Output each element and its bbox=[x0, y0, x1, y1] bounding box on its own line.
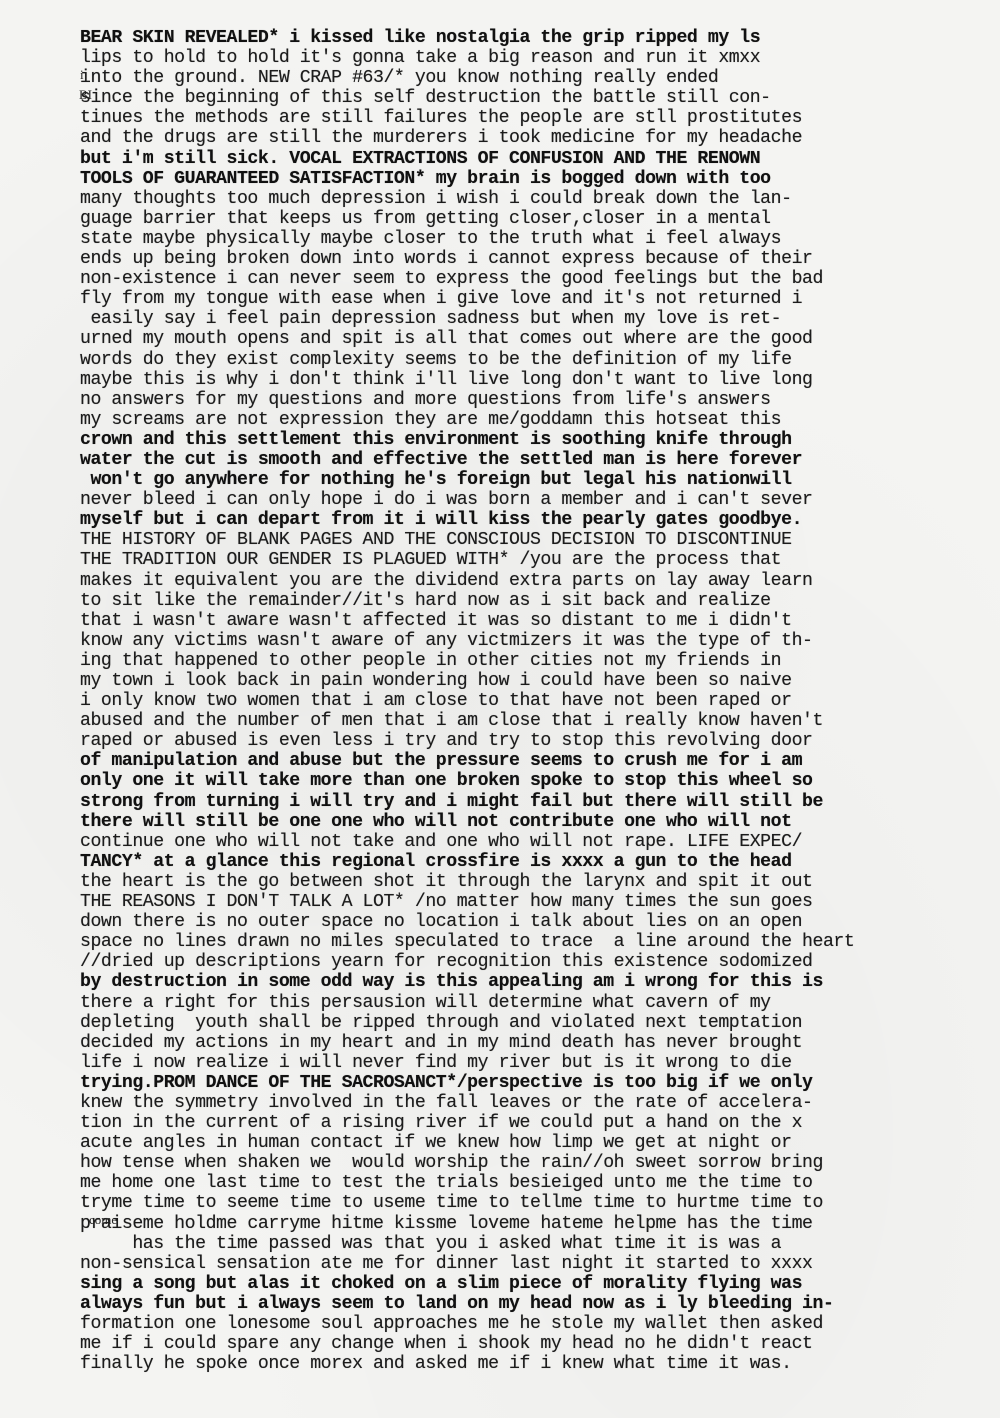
text-line: and the drugs are still the murderers i … bbox=[80, 128, 980, 148]
text-line: urned my mouth opens and spit is all tha… bbox=[80, 329, 980, 349]
text-line: praiseme holdme carryme hitme kissme lov… bbox=[80, 1214, 980, 1234]
text-line: tinues the methods are still failures th… bbox=[80, 108, 980, 128]
text-line: non-sensical sensation ate me for dinner… bbox=[80, 1254, 980, 1274]
text-line: makes it equivalent you are the dividend… bbox=[80, 571, 980, 591]
text-line: but i'm still sick. VOCAL EXTRACTIONS OF… bbox=[80, 149, 980, 169]
margin-overstrike-come: come bbox=[89, 1213, 117, 1226]
text-line: THE TRADITION OUR GENDER IS PLAGUED WITH… bbox=[80, 550, 980, 570]
text-line: trying.PROM DANCE OF THE SACROSANCT*/per… bbox=[80, 1073, 980, 1093]
text-line: THE REASONS I DON'T TALK A LOT* /no matt… bbox=[80, 892, 980, 912]
text-line: THE HISTORY OF BLANK PAGES AND THE CONSC… bbox=[80, 530, 980, 550]
text-line: i only know two women that i am close to… bbox=[80, 691, 980, 711]
text-line: non-existence i can never seem to expres… bbox=[80, 269, 980, 289]
text-line: TANCY* at a glance this regional crossfi… bbox=[80, 852, 980, 872]
text-line: guage barrier that keeps us from getting… bbox=[80, 209, 980, 229]
text-line: lips to hold to hold it's gonna take a b… bbox=[80, 48, 980, 68]
typewritten-page: BEAR SKIN REVEALED* i kissed like nostal… bbox=[0, 0, 1000, 1418]
text-line: many thoughts too much depression i wish… bbox=[80, 189, 980, 209]
text-line: only one it will take more than one brok… bbox=[80, 771, 980, 791]
text-line: the heart is the go between shot it thro… bbox=[80, 872, 980, 892]
text-line: abused and the number of men that i am c… bbox=[80, 711, 980, 731]
text-line: decided my actions in my heart and in my… bbox=[80, 1033, 980, 1053]
text-line: since the beginning of this self destruc… bbox=[80, 88, 980, 108]
text-line: tryme time to seeme time to useme time t… bbox=[80, 1193, 980, 1213]
text-line: easily say i feel pain depression sadnes… bbox=[80, 309, 980, 329]
text-line: raped or abused is even less i try and t… bbox=[80, 731, 980, 751]
text-line: ing that happened to other people in oth… bbox=[80, 651, 980, 671]
text-line: has the time passed was that you i asked… bbox=[80, 1234, 980, 1254]
text-line: ends up being broken down into words i c… bbox=[80, 249, 980, 269]
text-line: no answers for my questions and more que… bbox=[80, 390, 980, 410]
text-line: maybe this is why i don't think i'll liv… bbox=[80, 370, 980, 390]
text-line: tion in the current of a rising river if… bbox=[80, 1113, 980, 1133]
margin-overstrike-i: i bbox=[80, 68, 84, 81]
text-line: strong from turning i will try and i mig… bbox=[80, 792, 980, 812]
text-line: TOOLS OF GUARANTEED SATISFACTION* my bra… bbox=[80, 169, 980, 189]
text-line: by destruction in some odd way is this a… bbox=[80, 972, 980, 992]
text-line: me if i could spare any change when i sh… bbox=[80, 1334, 980, 1354]
text-line: space no lines drawn no miles speculated… bbox=[80, 932, 980, 952]
text-line: down there is no outer space no location… bbox=[80, 912, 980, 932]
text-line: my screams are not expression they are m… bbox=[80, 410, 980, 430]
text-line: there will still be one one who will not… bbox=[80, 812, 980, 832]
text-line: that i wasn't aware wasn't affected it w… bbox=[80, 611, 980, 631]
text-line: //dried up descriptions yearn for recogn… bbox=[80, 952, 980, 972]
text-line: into the ground. NEW CRAP #63/* you know… bbox=[80, 68, 980, 88]
text-line: knew the symmetry involved in the fall l… bbox=[80, 1093, 980, 1113]
text-line: depleting youth shall be ripped through … bbox=[80, 1013, 980, 1033]
text-line: to sit like the remainder//it's hard now… bbox=[80, 591, 980, 611]
text-line: myself but i can depart from it i will k… bbox=[80, 510, 980, 530]
text-line: of manipulation and abuse but the pressu… bbox=[80, 751, 980, 771]
text-line: how tense when shaken we would worship t… bbox=[80, 1153, 980, 1173]
text-line: there a right for this persausion will d… bbox=[80, 993, 980, 1013]
text-line: water the cut is smooth and effective th… bbox=[80, 450, 980, 470]
text-line: formation one lonesome soul approaches m… bbox=[80, 1314, 980, 1334]
text-line: my town i look back in pain wondering ho… bbox=[80, 671, 980, 691]
text-line: acute angles in human contact if we knew… bbox=[80, 1133, 980, 1153]
text-line: know any victims wasn't aware of any vic… bbox=[80, 631, 980, 651]
text-line: state maybe physically maybe closer to t… bbox=[80, 229, 980, 249]
text-line: sing a song but alas it choked on a slim… bbox=[80, 1274, 980, 1294]
typescript-body: BEAR SKIN REVEALED* i kissed like nostal… bbox=[80, 28, 980, 1374]
text-line: fly from my tongue with ease when i give… bbox=[80, 289, 980, 309]
text-line: BEAR SKIN REVEALED* i kissed like nostal… bbox=[80, 28, 980, 48]
text-line: always fun but i always seem to land on … bbox=[80, 1294, 980, 1314]
text-line: never bleed i can only hope i do i was b… bbox=[80, 490, 980, 510]
text-line: continue one who will not take and one w… bbox=[80, 832, 980, 852]
text-line: crown and this settlement this environme… bbox=[80, 430, 980, 450]
text-line: life i now realize i will never find my … bbox=[80, 1053, 980, 1073]
margin-overstrike-bi: BI bbox=[79, 88, 92, 101]
text-line: won't go anywhere for nothing he's forei… bbox=[80, 470, 980, 490]
text-line: finally he spoke once morex and asked me… bbox=[80, 1354, 980, 1374]
text-line: me home one last time to test the trials… bbox=[80, 1173, 980, 1193]
text-line: words do they exist complexity seems to … bbox=[80, 350, 980, 370]
